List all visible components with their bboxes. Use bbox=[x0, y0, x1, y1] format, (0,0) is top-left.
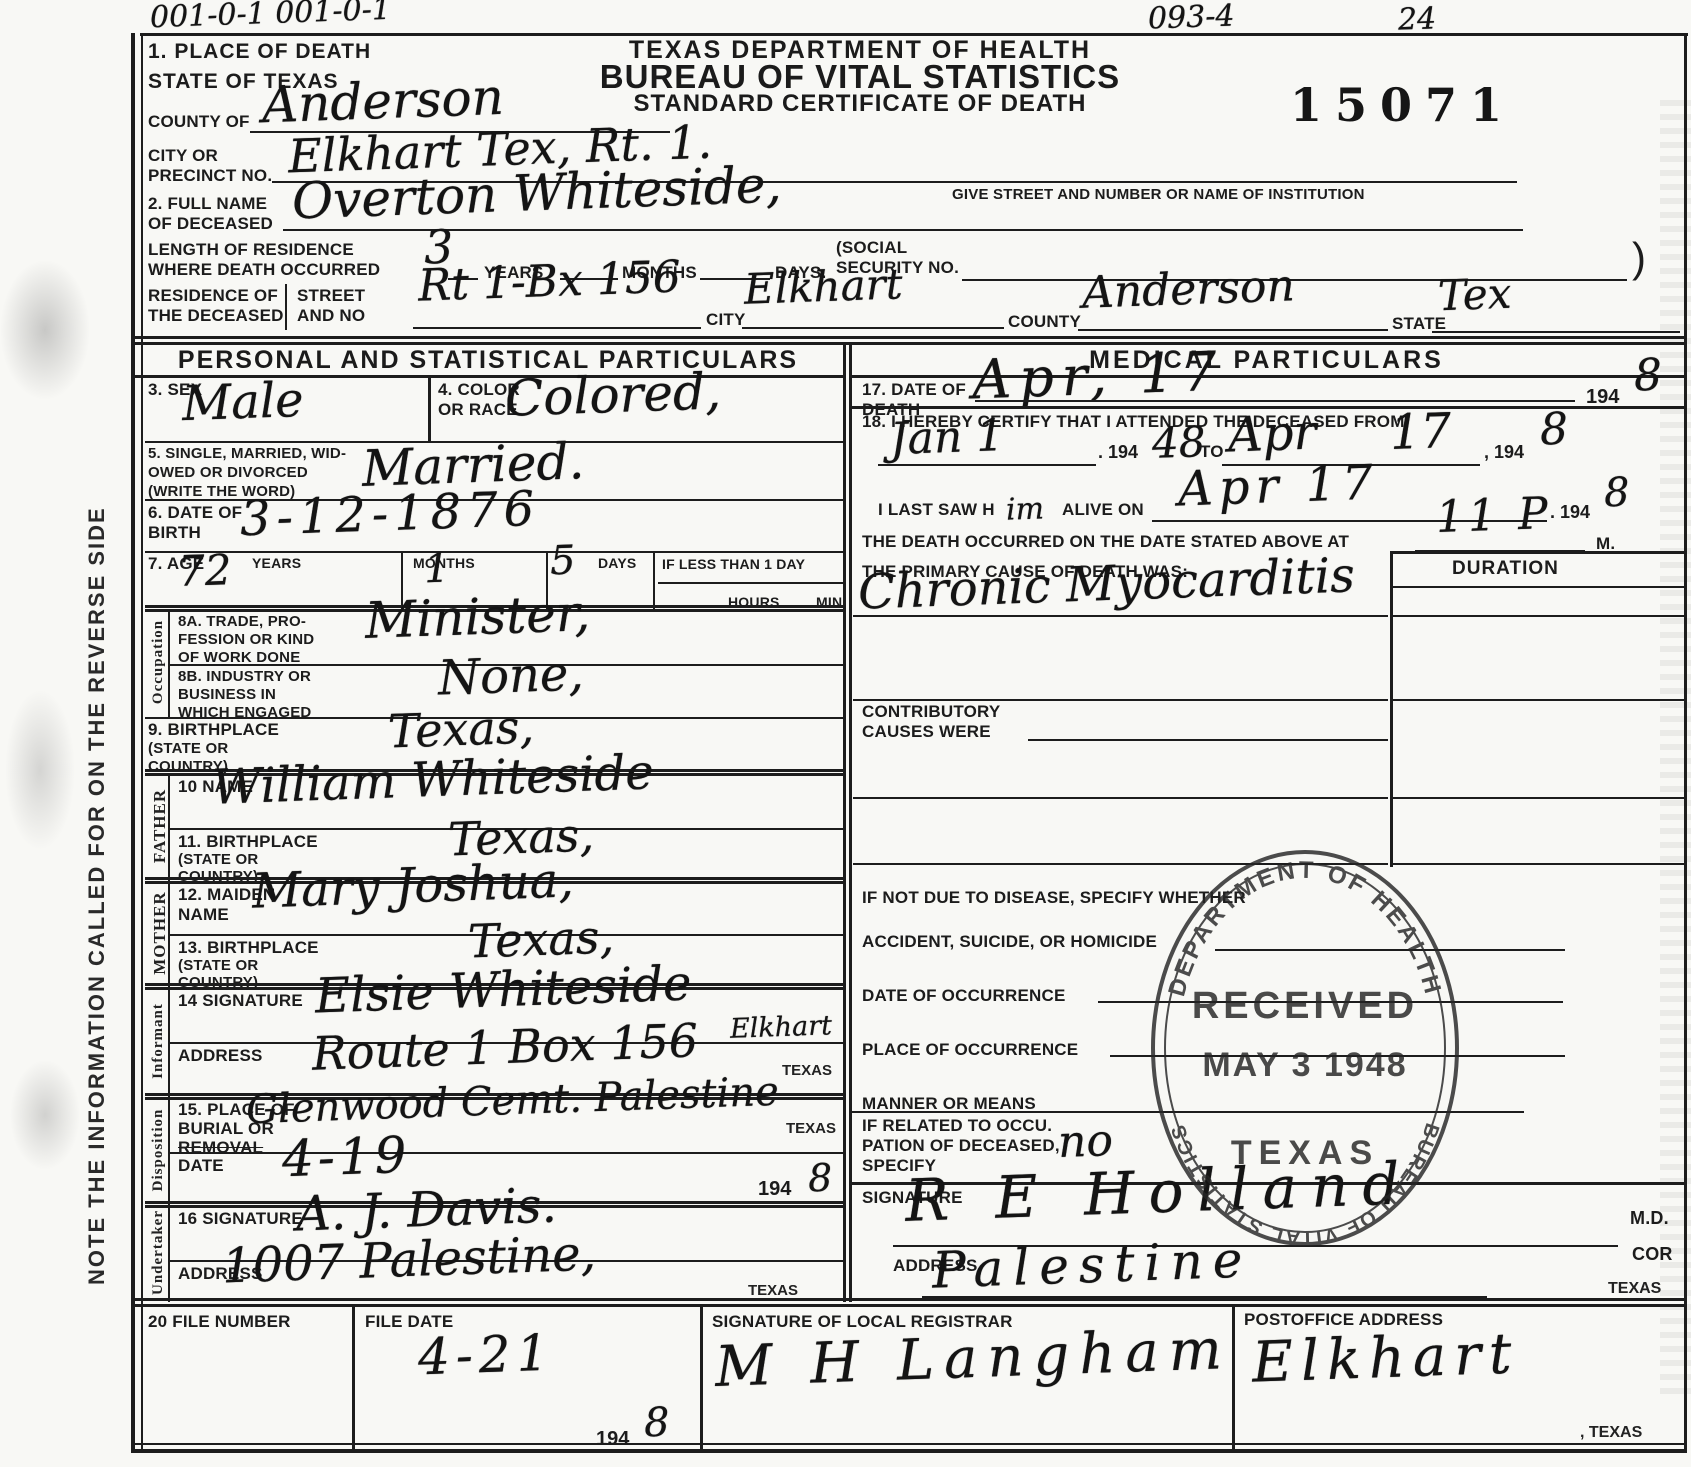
undertaker-address-value: 1007 Palestine, bbox=[221, 1225, 597, 1294]
dob-label2: BIRTH bbox=[148, 523, 201, 543]
date-occurrence-label: DATE OF OCCURRENCE bbox=[862, 986, 1066, 1006]
father-name-value: William Whiteside bbox=[211, 744, 654, 815]
rule-h bbox=[131, 1298, 1687, 1301]
stamp-arc-top-text: DEPARTMENT OF HEALTH bbox=[1163, 857, 1447, 999]
reverse-side-note: NOTE THE INFORMATION CALLED FOR ON THE R… bbox=[84, 506, 110, 1285]
age-less-than-day-label: IF LESS THAN 1 DAY bbox=[662, 556, 805, 572]
rule-v bbox=[131, 33, 135, 1453]
rule-h bbox=[742, 327, 1004, 329]
trade-label1: 8A. TRADE, PRO- bbox=[178, 613, 306, 630]
last-saw-year-hw: 8 bbox=[1603, 470, 1630, 517]
residence-city-value: Elkhart bbox=[743, 259, 903, 314]
section-strip-disposition: Disposition bbox=[150, 1097, 167, 1203]
personal-section-header: PERSONAL AND STATISTICAL PARTICULARS bbox=[133, 346, 843, 375]
informant-signature-label: 14 SIGNATURE bbox=[178, 991, 303, 1011]
svg-text:DEPARTMENT OF HEALTH: DEPARTMENT OF HEALTH bbox=[1163, 857, 1447, 999]
rule-h bbox=[131, 1443, 1687, 1445]
postoffice-state: , TEXAS bbox=[1580, 1424, 1642, 1442]
county-of-label: COUNTY OF bbox=[148, 112, 250, 132]
mother-birthplace-label1: 13. BIRTHPLACE bbox=[178, 938, 319, 958]
certify-year2-printed: , 194 bbox=[1484, 442, 1524, 463]
certify-year2-hw: 8 bbox=[1539, 404, 1569, 456]
residence-state-value: Tex bbox=[1437, 269, 1512, 321]
rule-h bbox=[1390, 615, 1684, 617]
rule-h bbox=[853, 699, 1388, 701]
contributory-label2: CAUSES WERE bbox=[862, 722, 991, 742]
industry-label1: 8B. INDUSTRY OR bbox=[178, 668, 311, 685]
rule-h bbox=[1390, 699, 1684, 701]
rule-h bbox=[131, 336, 1687, 339]
rule-v bbox=[141, 33, 143, 1453]
full-name-label2: OF DECEASED bbox=[148, 214, 273, 234]
trade-label2: FESSION OR KIND bbox=[178, 631, 314, 648]
postoffice-value: Elkhart bbox=[1251, 1321, 1521, 1395]
certificate-number: 15071 bbox=[1290, 78, 1515, 132]
section-strip-undertaker: Undertaker bbox=[150, 1205, 167, 1300]
residence-city-label: CITY bbox=[706, 310, 746, 330]
father-birthplace-label1: 11. BIRTHPLACE bbox=[178, 832, 318, 852]
industry-label2: BUSINESS IN bbox=[178, 686, 276, 703]
rule-h bbox=[1390, 797, 1684, 799]
received-stamp: DEPARTMENT OF HEALTH BUREAU OF VITAL STA… bbox=[1140, 842, 1470, 1254]
rule-h bbox=[878, 464, 1096, 466]
file-number-label: 20 FILE NUMBER bbox=[148, 1312, 291, 1332]
rule-v bbox=[653, 551, 655, 609]
marital-label2: OWED OR DIVORCED bbox=[148, 464, 308, 481]
residence-label2: THE DECEASED bbox=[148, 306, 284, 326]
last-saw-hw-mid: im bbox=[1005, 491, 1044, 527]
residence-length-label2: WHERE DEATH OCCURRED bbox=[148, 260, 380, 280]
death-certificate-scan: NOTE THE INFORMATION CALLED FOR ON THE R… bbox=[0, 0, 1691, 1467]
rule-v bbox=[168, 773, 170, 881]
rule-h bbox=[413, 327, 701, 329]
rule-h bbox=[131, 342, 1687, 345]
residence-length-label: LENGTH OF RESIDENCE bbox=[148, 240, 354, 260]
related-label2: PATION OF DECEASED, bbox=[862, 1136, 1060, 1156]
marital-label1: 5. SINGLE, MARRIED, WID- bbox=[148, 445, 346, 462]
last-saw-year-printed: . 194 bbox=[1550, 502, 1590, 523]
certify-to-month: Apr bbox=[1227, 404, 1317, 463]
section-strip-mother: MOTHER bbox=[150, 881, 170, 985]
scan-noise bbox=[10, 1060, 80, 1170]
rule-v bbox=[1390, 551, 1393, 867]
rule-h bbox=[1028, 739, 1388, 741]
age-days-label: DAYS bbox=[598, 555, 636, 571]
last-saw-label2: ALIVE ON bbox=[1062, 500, 1144, 520]
street-note: GIVE STREET AND NUMBER OR NAME OF INSTIT… bbox=[952, 186, 1365, 203]
rule-h bbox=[170, 1152, 843, 1154]
street-label2: AND NO bbox=[297, 306, 365, 326]
accident-label: ACCIDENT, SUICIDE, OR HOMICIDE bbox=[862, 932, 1157, 952]
last-saw-label1: I LAST SAW H bbox=[878, 500, 995, 520]
rule-v bbox=[428, 376, 431, 441]
rule-h bbox=[853, 797, 1388, 799]
ssn-label: (SOCIAL bbox=[836, 238, 907, 258]
death-occurred-label: THE DEATH OCCURRED ON THE DATE STATED AB… bbox=[862, 532, 1349, 552]
birthplace-label1: 9. BIRTHPLACE bbox=[148, 720, 279, 740]
physician-md-label: M.D. bbox=[1630, 1208, 1669, 1229]
mother-birthplace-label2: (STATE OR bbox=[178, 957, 258, 974]
certify-year1-printed: . 194 bbox=[1098, 442, 1138, 463]
place-of-death-label: 1. PLACE OF DEATH bbox=[148, 40, 371, 64]
age-days-value: 5 bbox=[549, 538, 576, 585]
age-years-value: 72 bbox=[177, 545, 232, 596]
scan-noise bbox=[0, 260, 90, 400]
rule-v bbox=[843, 342, 846, 1302]
burial-date-label: DATE bbox=[178, 1156, 224, 1176]
related-label1: IF RELATED TO OCCU. bbox=[862, 1116, 1052, 1136]
rule-v bbox=[849, 342, 852, 1302]
file-date-value: 4-21 bbox=[417, 1324, 555, 1387]
rule-h bbox=[1390, 551, 1684, 554]
dob-value: 3-12-1876 bbox=[239, 481, 541, 547]
street-label: STREET bbox=[297, 286, 365, 306]
informant-address-state: TEXAS bbox=[782, 1062, 832, 1079]
ssn-close-paren: ) bbox=[1632, 234, 1646, 282]
rule-h bbox=[1390, 586, 1684, 588]
stamp-state-text: TEXAS bbox=[1231, 1134, 1379, 1172]
burial-date-year-printed: 194 bbox=[758, 1178, 791, 1201]
section-strip-occupation: Occupation bbox=[150, 609, 167, 715]
burial-date-year-hw: 8 bbox=[807, 1156, 833, 1201]
dob-label1: 6. DATE OF bbox=[148, 503, 242, 523]
section-strip-informant: Informant bbox=[150, 987, 167, 1095]
rule-h bbox=[975, 400, 1575, 402]
physician-cor-label: COR bbox=[1632, 1244, 1673, 1265]
file-date-year-printed: 194 bbox=[596, 1428, 629, 1451]
rule-h bbox=[131, 1304, 1687, 1307]
age-months-value: 1 bbox=[423, 546, 450, 593]
color-race-value: Colored, bbox=[504, 362, 722, 427]
stamp-received-text: RECEIVED bbox=[1192, 985, 1418, 1027]
file-date-year-hw: 8 bbox=[643, 1400, 670, 1447]
handwritten-code-right-a: 093-4 bbox=[1147, 0, 1235, 36]
city-label: CITY OR bbox=[148, 146, 218, 166]
rule-h bbox=[853, 615, 1388, 617]
rule-h bbox=[145, 551, 843, 553]
informant-address-city: Elkhart bbox=[729, 1010, 832, 1045]
informant-address-value: Route 1 Box 156 bbox=[311, 1013, 699, 1080]
sex-value: Male bbox=[181, 372, 304, 432]
mother-name-label2: NAME bbox=[178, 905, 229, 925]
primary-cause-value: Chronic Myocarditis bbox=[857, 547, 1356, 620]
duration-label: DURATION bbox=[1452, 558, 1559, 580]
undertaker-signature-label: 16 SIGNATURE bbox=[178, 1209, 303, 1229]
birthplace-label2: (STATE OR bbox=[148, 740, 228, 757]
rule-h bbox=[658, 582, 844, 584]
burial-date-value: 4-19 bbox=[281, 1126, 411, 1188]
stamp-date-text: MAY 3 1948 bbox=[1202, 1046, 1407, 1084]
industry-value: None, bbox=[437, 645, 584, 706]
rule-v bbox=[168, 1205, 170, 1302]
physician-address-state: TEXAS bbox=[1608, 1280, 1661, 1298]
mother-name-value: Mary Joshua, bbox=[251, 852, 574, 919]
informant-address-label: ADDRESS bbox=[178, 1046, 263, 1066]
rule-h bbox=[1432, 331, 1680, 333]
contributory-label1: CONTRIBUTORY bbox=[862, 702, 1000, 722]
burial-label3: REMOVAL bbox=[178, 1138, 263, 1158]
dod-year-hw: 8 bbox=[1633, 350, 1663, 402]
residence-county-value: Anderson bbox=[1081, 260, 1295, 318]
dod-label1: 17. DATE OF bbox=[862, 380, 966, 400]
informant-signature-value: Elsie Whiteside bbox=[314, 955, 692, 1024]
residence-county-label: COUNTY bbox=[1008, 312, 1081, 332]
rule-h bbox=[131, 1449, 1687, 1453]
residence-label: RESIDENCE OF bbox=[148, 286, 278, 306]
rule-v bbox=[352, 1304, 355, 1449]
section-strip-father: FATHER bbox=[150, 773, 170, 879]
age-years-label: YEARS bbox=[252, 555, 301, 571]
place-occurrence-label: PLACE OF OCCURRENCE bbox=[862, 1040, 1078, 1060]
handwritten-code-left: 001-0-1 001-0-1 bbox=[149, 0, 391, 35]
full-name-label: 2. FULL NAME bbox=[148, 194, 267, 214]
rule-v bbox=[285, 284, 287, 330]
undertaker-address-state: TEXAS bbox=[748, 1282, 798, 1299]
rule-v bbox=[168, 1097, 170, 1205]
certificate-title: STANDARD CERTIFICATE OF DEATH bbox=[580, 90, 1140, 118]
street-value: Rt 1-Bx 156 bbox=[417, 251, 681, 311]
rule-v bbox=[700, 1304, 703, 1449]
rule-v bbox=[1684, 33, 1687, 1453]
rule-h bbox=[283, 229, 1523, 231]
father-birthplace-label2: (STATE OR bbox=[178, 851, 258, 868]
certify-from-value: Jan 1 bbox=[889, 410, 1005, 465]
last-saw-value: Apr 17 bbox=[1177, 455, 1380, 518]
city-label2: PRECINCT NO. bbox=[148, 166, 272, 186]
scan-noise bbox=[5, 690, 75, 850]
burial-state: TEXAS bbox=[786, 1120, 836, 1137]
certify-to-day: 17 bbox=[1389, 403, 1452, 461]
death-time-value: 11 P bbox=[1435, 488, 1552, 543]
rule-v bbox=[168, 609, 170, 717]
trade-value: Minister, bbox=[364, 584, 591, 650]
rule-h bbox=[1078, 329, 1388, 331]
